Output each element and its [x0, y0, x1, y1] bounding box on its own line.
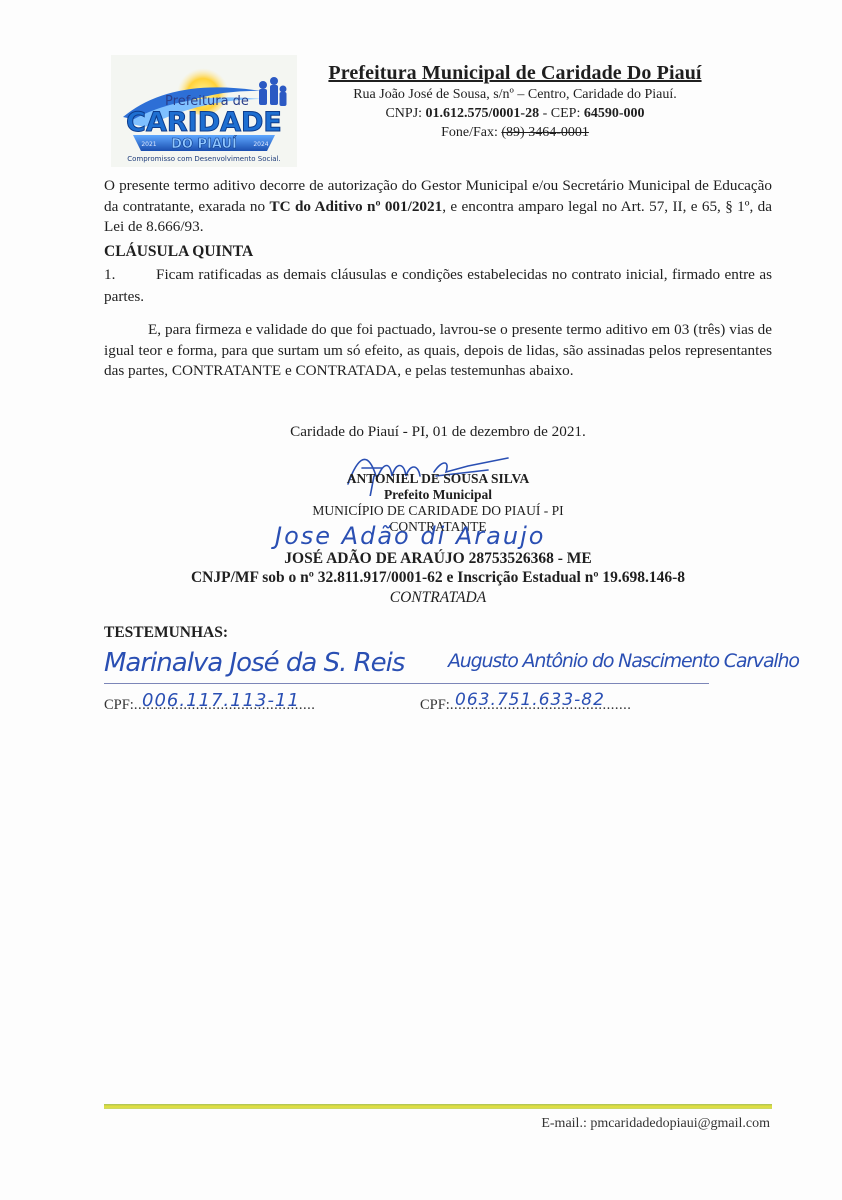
witness-2-cpf-handwritten: 063.751.633-82 — [455, 690, 605, 710]
letterhead-title: Prefeitura Municipal de Caridade Do Piau… — [300, 62, 730, 85]
paragraph-closing: E, para firmeza e validade do que foi pa… — [104, 320, 772, 382]
contratada-ids: CNJP/MF sob o nº 32.811.917/0001-62 e In… — [104, 569, 772, 586]
letterhead-address: Rua João José de Sousa, s/nº – Centro, C… — [300, 87, 730, 103]
logo-slogan: Compromisso com Desenvolvimento Social. — [127, 155, 281, 163]
contratada-label: CONTRATADA — [104, 589, 772, 606]
letterhead-phone: Fone/Fax: (89) 3464-0001 — [300, 125, 730, 141]
svg-text:2021: 2021 — [141, 141, 156, 148]
contratada-name: JOSÉ ADÃO DE ARAÚJO 28753526368 - ME — [104, 550, 772, 567]
footer-email: E-mail.: pmcaridadedopiaui@gmail.com — [541, 1116, 770, 1132]
clause-title: CLÁUSULA QUINTA — [104, 243, 253, 261]
signature-underline — [104, 683, 709, 684]
logo-line3: DO PIAUÍ — [171, 136, 237, 152]
paragraph-authorization: O presente termo aditivo decorre de auto… — [104, 176, 772, 238]
date-line: Caridade do Piauí - PI, 01 de dezembro d… — [104, 423, 772, 441]
contratante-role: Prefeito Municipal — [104, 486, 772, 503]
witness-2-signature: Augusto Antônio do Nascimento Carvalho — [448, 650, 799, 672]
contratante-entity: MUNICÍPIO DE CARIDADE DO PIAUÍ - PI — [104, 502, 772, 519]
witness-1-cpf-handwritten: 006.117.113-11 — [142, 690, 300, 711]
footer-divider — [104, 1104, 772, 1109]
witness-1-signature: Marinalva José da S. Reis — [104, 648, 404, 678]
clause-item: 1.Ficam ratificadas as demais cláusulas … — [104, 264, 772, 308]
contratada-handwritten-signature: Jose Adão di Araujo — [275, 522, 545, 550]
svg-text:2024: 2024 — [253, 141, 268, 148]
municipality-logo: Prefeitura de CARIDADE 2021 2024 DO PIAU… — [111, 55, 297, 167]
contratante-name: ANTONIEL DE SOUSA SILVA — [104, 470, 772, 487]
logo-line2: CARIDADE — [126, 107, 282, 138]
witnesses-title: TESTEMUNHAS: — [104, 624, 228, 642]
letterhead-cnpj: CNPJ: 01.612.575/0001-28 - CEP: 64590-00… — [300, 106, 730, 122]
